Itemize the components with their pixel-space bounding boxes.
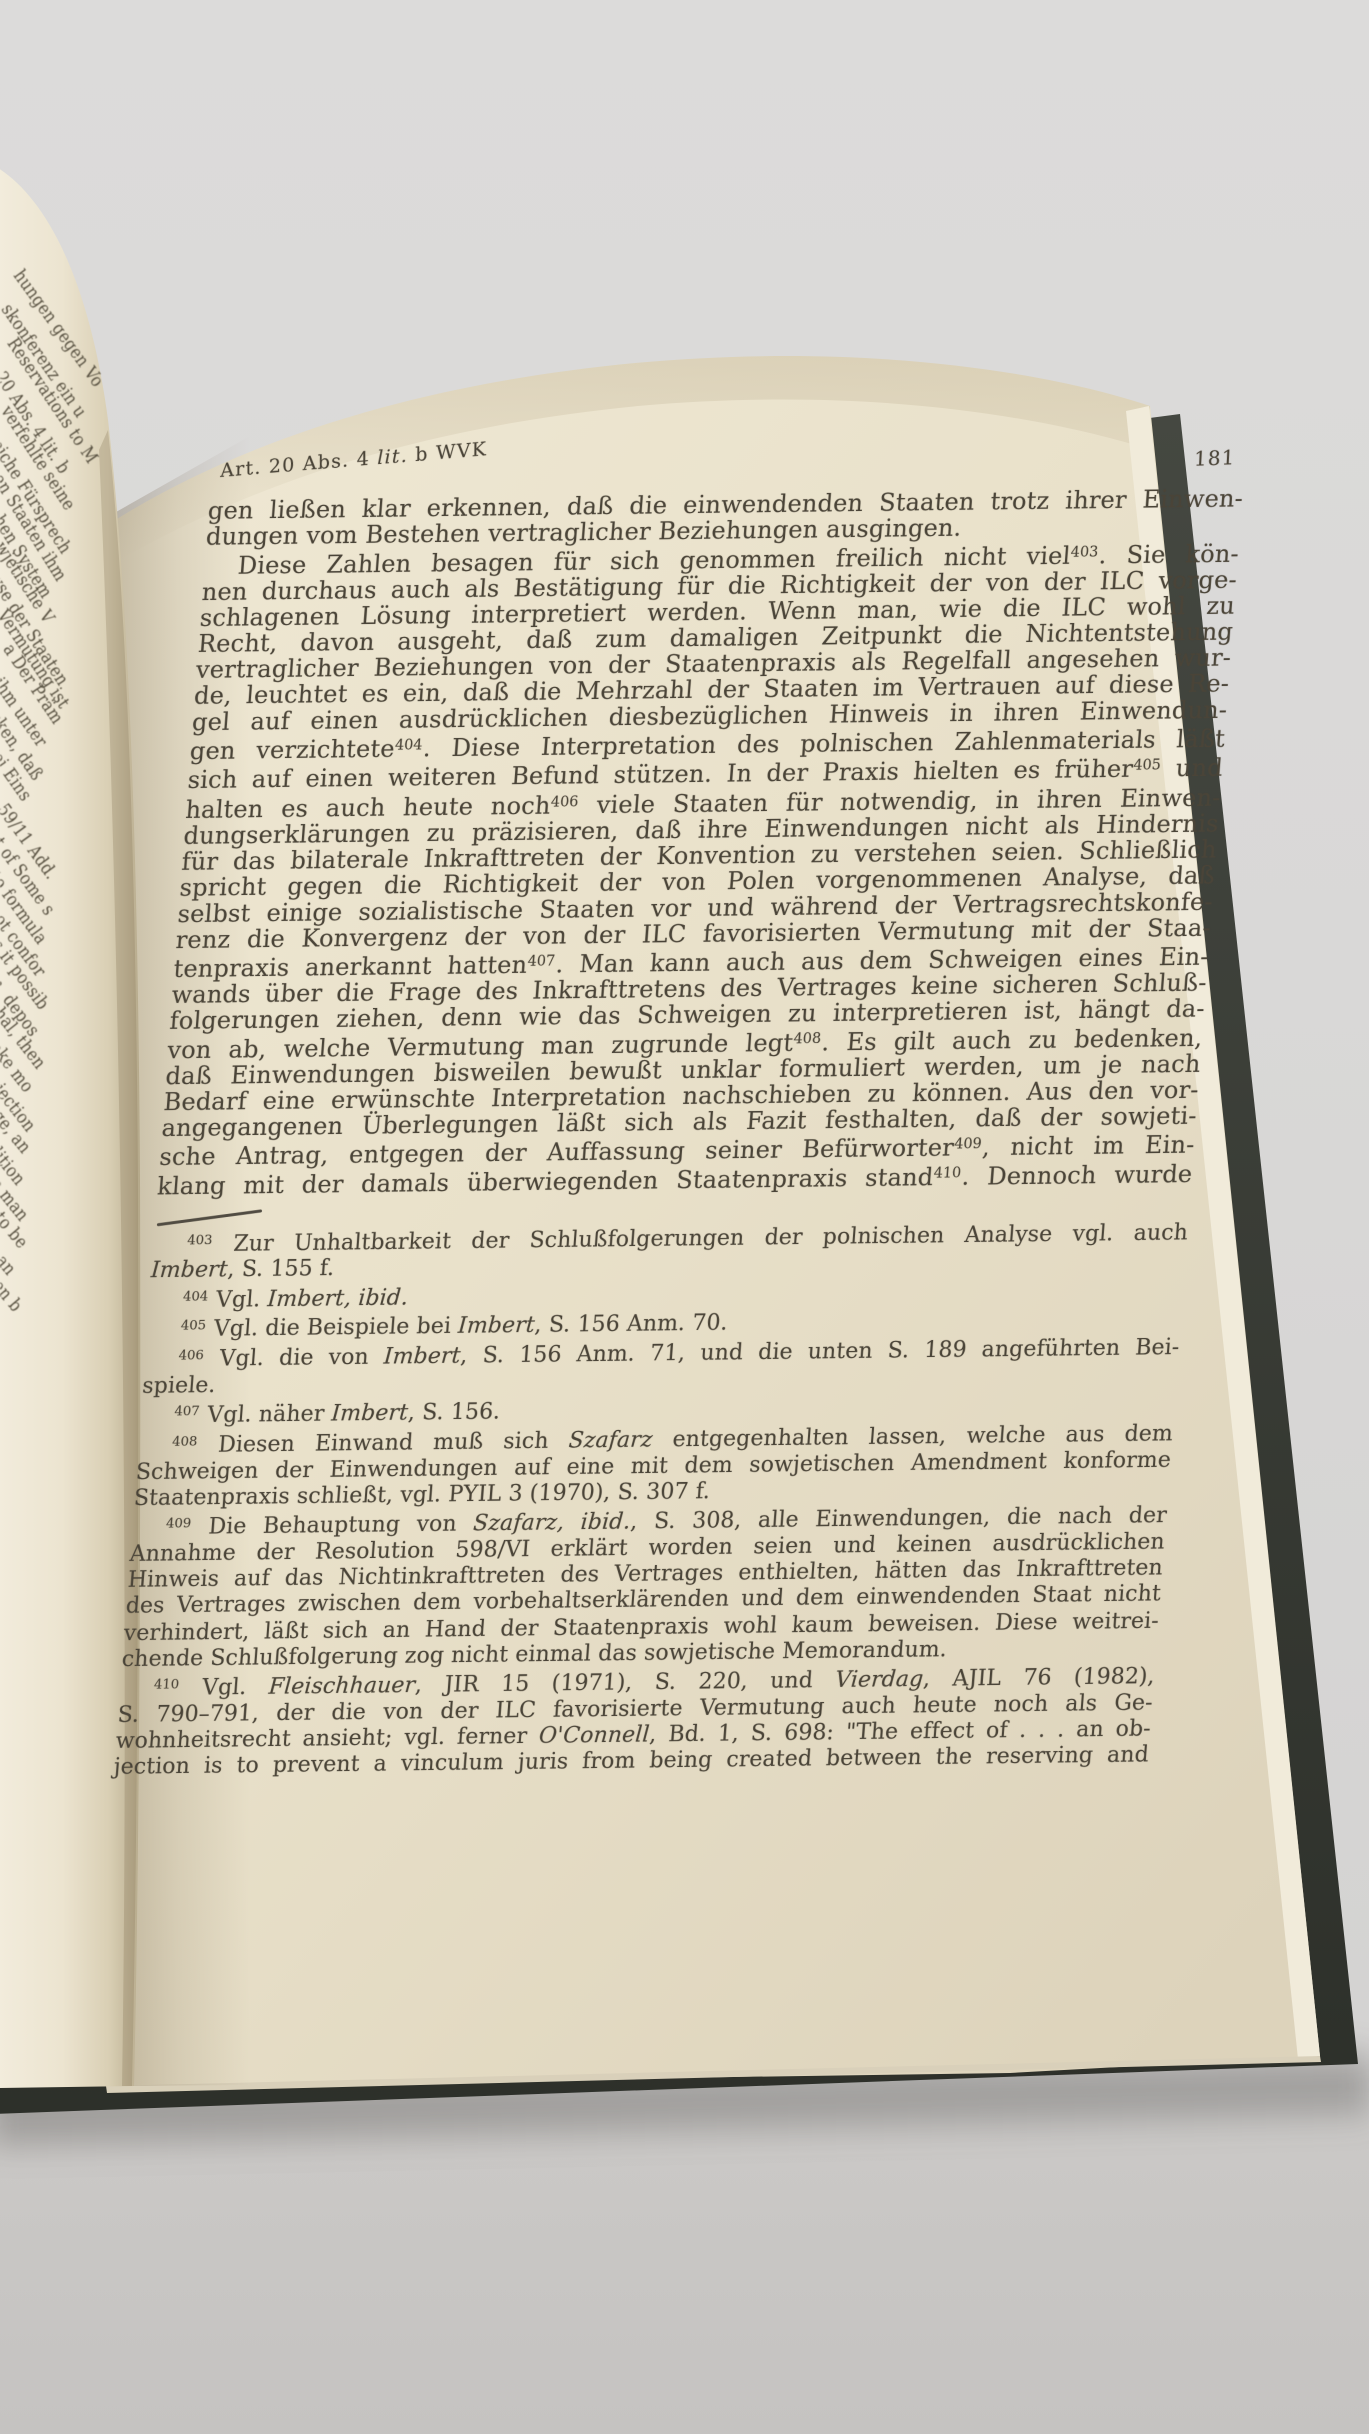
book-photo-scene: hungen gegen Voskonferenz ein uReservati… xyxy=(0,0,1369,2434)
text-segment: lit. xyxy=(377,445,408,469)
footnote-ref: 403 xyxy=(1070,544,1100,560)
text-segment: Imbert, ibid. xyxy=(267,1285,409,1312)
body-text: gen ließen klar erkennen, daß die einwen… xyxy=(156,486,1244,1200)
text-segment: Vgl. die Beispiele bei xyxy=(206,1314,459,1342)
text-segment: Fleischhauer xyxy=(268,1673,416,1700)
footnotes: 403 Zur Unhaltbarkeit der Schlußfolgerun… xyxy=(113,1216,1189,1781)
text-segment: Vgl. die von xyxy=(204,1345,385,1372)
text-segment: , nicht im Ein- xyxy=(981,1131,1195,1162)
text-segment: , JIR 15 (1971), S. 220, und xyxy=(414,1668,836,1698)
footnote-ref: 408 xyxy=(793,1031,823,1047)
page-header-row: Art. 20 Abs. 4 lit. b WVK 181 xyxy=(220,446,1236,482)
text-segment: Imbert xyxy=(383,1344,462,1370)
text-segment: spiele. xyxy=(141,1373,216,1399)
text-segment: Vierdag xyxy=(834,1667,924,1693)
footnote-ref: 409 xyxy=(165,1516,192,1531)
text-segment: Vgl. näher xyxy=(199,1401,332,1428)
text-segment: Imbert xyxy=(331,1400,410,1426)
text-segment: wohnheitsrecht ansieht; vgl. ferner xyxy=(115,1724,540,1754)
page-number: 181 xyxy=(1193,445,1235,471)
footnote-ref: 407 xyxy=(527,953,557,969)
text-segment: , S. 156. xyxy=(407,1399,501,1425)
footnote-ref: 408 xyxy=(172,1434,199,1449)
footnote-ref: 406 xyxy=(550,794,580,810)
right-page-text: Art. 20 Abs. 4 lit. b WVK 181 gen ließen… xyxy=(113,446,1247,1782)
footnote-ref: 407 xyxy=(174,1404,201,1419)
footnote-rule xyxy=(157,1209,262,1226)
footnote-ref: 404 xyxy=(183,1289,210,1304)
text-segment: Diesen Einwand muß sich xyxy=(197,1428,570,1457)
footnote-ref: 406 xyxy=(178,1348,205,1363)
text-segment: , S. 155 f. xyxy=(227,1256,336,1282)
text-segment: Imbert xyxy=(150,1257,229,1283)
footnote-ref: 404 xyxy=(394,737,424,753)
footnote-ref: 410 xyxy=(933,1166,963,1182)
footnote-ref: 410 xyxy=(153,1677,180,1692)
text-segment: gen verzichtete xyxy=(189,735,396,765)
text-segment: Imbert xyxy=(457,1313,535,1339)
text-segment: Szafarz xyxy=(568,1427,654,1453)
footnote-ref: 403 xyxy=(187,1233,214,1248)
text-segment: Die Behauptung von xyxy=(191,1512,474,1540)
text-segment: . Sie kön- xyxy=(1098,540,1240,570)
text-segment: Vgl. xyxy=(179,1675,270,1701)
text-segment: . Dennoch wurde xyxy=(961,1160,1194,1191)
text-segment: Vgl. xyxy=(208,1287,268,1313)
text-segment: , S. 156 Anm. 70. xyxy=(534,1311,729,1338)
footnote-ref: 405 xyxy=(180,1319,207,1334)
text-segment: klang mit der damals überwiegenden Staat… xyxy=(156,1163,934,1200)
footnote-ref: 409 xyxy=(954,1136,984,1152)
text-segment: Szafarz, ibid. xyxy=(472,1510,631,1537)
edge-fragment: en b xyxy=(0,1276,26,1316)
text-segment: O'Connell xyxy=(538,1723,650,1749)
text-segment: , AJIL 76 (1982), xyxy=(922,1664,1155,1692)
footnote-ref: 405 xyxy=(1133,758,1163,774)
text-segment: und xyxy=(1160,754,1223,783)
